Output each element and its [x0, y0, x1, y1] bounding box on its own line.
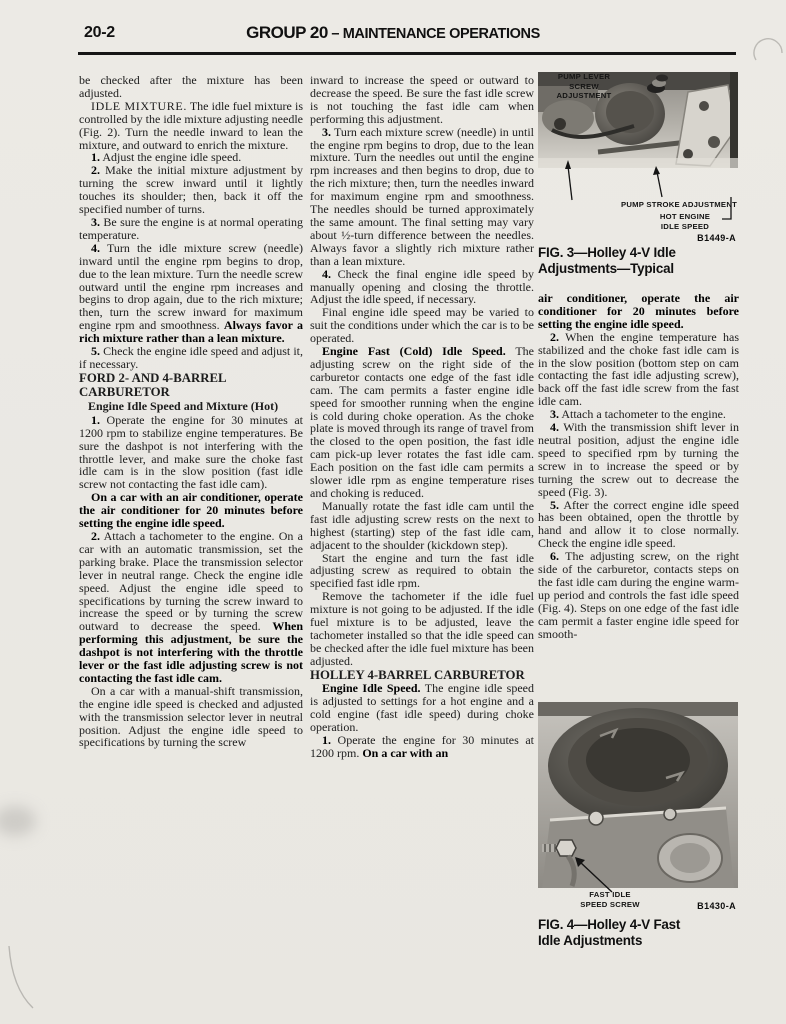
text-column-3: air conditioner, operate the air conditi… — [538, 292, 739, 640]
numbered-step: 2. When the engine temperature has stabi… — [538, 331, 739, 408]
numbered-step: 6. The adjusting screw, on the right sid… — [538, 550, 739, 640]
paragraph: IDLE MIXTURE. The idle fuel mixture is c… — [79, 100, 303, 152]
fig3-label-pump-stroke: PUMP STROKE ADJUSTMENT — [620, 200, 738, 210]
text-column-1: be checked after the mixture has been ad… — [79, 74, 303, 749]
fig3-caption: FIG. 3—Holley 4-V Idle Adjustments—Typic… — [538, 245, 738, 277]
fig4-photo-code: B1430-A — [678, 901, 736, 911]
numbered-step: 3. Be sure the engine is at normal opera… — [79, 216, 303, 242]
paragraph: Remove the tachometer if the idle fuel m… — [310, 590, 534, 667]
manual-page: 20-2 GROUP 20 – MAINTENANCE OPERATIONS b… — [0, 0, 786, 1024]
figure-3: PUMP LEVER SCREW ADJUSTMENT PUMP STROKE … — [538, 72, 738, 248]
numbered-step: 1. Operate the engine for 30 minutes at … — [310, 734, 534, 760]
numbered-step: 5. After the correct engine idle speed h… — [538, 499, 739, 551]
paragraph: On a car with an air conditioner, operat… — [79, 491, 303, 530]
text-column-2: inward to increase the speed or outward … — [310, 74, 534, 760]
fig4-label-fast-idle: FAST IDLE SPEED SCREW — [560, 890, 660, 909]
scan-smudge — [0, 806, 36, 836]
numbered-step: 3. Turn each mixture screw (needle) in u… — [310, 126, 534, 268]
fig4-caption: FIG. 4—Holley 4-V Fast Idle Adjustments — [538, 917, 738, 949]
paragraph: Engine Idle Speed. The engine idle speed… — [310, 682, 534, 734]
numbered-step: 4. With the transmission shift lever in … — [538, 421, 739, 498]
numbered-step: 2. Attach a tachometer to the engine. On… — [79, 530, 303, 685]
paragraph: be checked after the mixture has been ad… — [79, 74, 303, 100]
sub-heading: Engine Idle Speed and Mixture (Hot) — [79, 400, 303, 414]
paragraph: air conditioner, operate the air conditi… — [538, 292, 739, 331]
numbered-step: 4. Turn the idle mixture screw (needle) … — [79, 242, 303, 345]
group-title-rest: – MAINTENANCE OPERATIONS — [328, 26, 540, 42]
paragraph: Engine Fast (Cold) Idle Speed. The adjus… — [310, 345, 534, 500]
page-title: GROUP 20 – MAINTENANCE OPERATIONS — [0, 23, 786, 43]
numbered-step: 5. Check the engine idle speed and adjus… — [79, 345, 303, 371]
numbered-step: 2. Make the initial mixture adjustment b… — [79, 164, 303, 216]
paragraph: inward to increase the speed or outward … — [310, 74, 534, 126]
paragraph: On a car with a manual-shift transmissio… — [79, 685, 303, 750]
paragraph: Manually rotate the fast idle cam until … — [310, 500, 534, 552]
section-heading: FORD 2- AND 4-BARREL CARBURETOR — [79, 371, 303, 400]
fig3-photo-code: B1449-A — [676, 233, 736, 243]
section-heading: HOLLEY 4-BARREL CARBURETOR — [310, 668, 534, 683]
numbered-step: 1. Operate the engine for 30 minutes at … — [79, 414, 303, 491]
paragraph: Final engine idle speed may be varied to… — [310, 306, 534, 345]
paragraph: Start the engine and turn the fast idle … — [310, 552, 534, 591]
numbered-step: 4. Check the final engine idle speed by … — [310, 268, 534, 307]
fig3-label-pump-lever: PUMP LEVER SCREW ADJUSTMENT — [538, 72, 630, 101]
fig3-label-hot-engine: HOT ENGINE IDLE SPEED — [650, 212, 720, 231]
header-rule — [78, 52, 736, 55]
group-title-main: GROUP 20 — [246, 23, 328, 42]
